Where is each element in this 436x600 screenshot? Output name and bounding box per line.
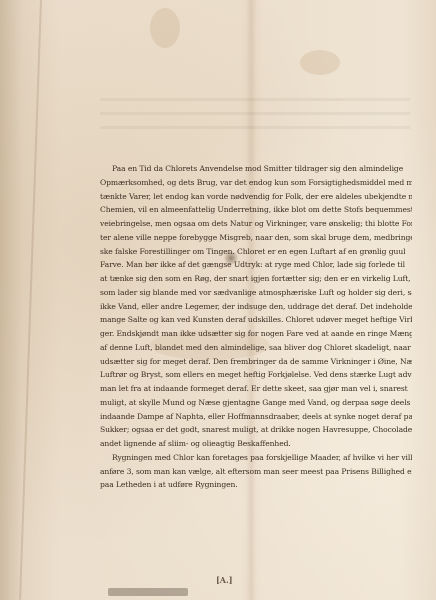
text-line: Rygningen med Chlor kan foretages paa fo… — [100, 451, 412, 465]
text-line: man let fra at indaande formeget deraf. … — [100, 382, 412, 396]
text-line: muligt, at skylle Mund og Næse gjentagne… — [100, 396, 412, 410]
show-through-text — [100, 98, 410, 101]
text-line: ter alene ville neppe forebygge Misgreb,… — [100, 231, 412, 245]
show-through-text — [100, 126, 410, 129]
text-line: Paa en Tid da Chlorets Anvendelse mod Sm… — [100, 162, 412, 176]
text-line: mange Salte og kan ved Kunsten deraf uds… — [100, 313, 412, 327]
show-through-text — [100, 112, 410, 115]
text-line: Chemien, vil en almeenfattelig Underretn… — [100, 203, 412, 217]
page-edge — [19, 0, 42, 600]
body-text: Paa en Tid da Chlorets Anvendelse mod Sm… — [100, 162, 412, 492]
text-line: Sukker; ogsaa er det godt, snarest mulig… — [100, 423, 412, 437]
text-line: af denne Luft, blandet med den almindeli… — [100, 341, 412, 355]
paper-stain — [300, 50, 340, 75]
text-line: ikke Vand, eller andre Legemer, der inds… — [100, 300, 412, 314]
text-line: at tænke sig den som en Røg, der snart i… — [100, 272, 412, 286]
text-line: som lader sig blande med vor sædvanlige … — [100, 286, 412, 300]
scanned-page: Paa en Tid da Chlorets Anvendelse mod Sm… — [0, 0, 436, 600]
text-line: ske falske Forestillinger om Tingen. Chl… — [100, 245, 412, 259]
text-line: paa Letheden i at udføre Rygningen. — [100, 478, 412, 492]
text-line: ger. Endskjøndt man ikke udsætter sig fo… — [100, 327, 412, 341]
text-line: andet lignende af sliim- og olieagtig Be… — [100, 437, 412, 451]
paper-stain — [150, 8, 180, 48]
text-line: veiebringelse, men ogsaa om dets Natur o… — [100, 217, 412, 231]
signature-mark: [A.] — [216, 575, 233, 585]
text-line: Farve. Man bør ikke af det gængse Udtryk… — [100, 258, 412, 272]
text-line: anføre 3, som man kan vælge, alt efterso… — [100, 465, 412, 479]
text-line: tænkte Varer, let endog kan vorde nødven… — [100, 190, 412, 204]
text-line: Luftrør og Bryst, som ellers en meget he… — [100, 368, 412, 382]
text-line: udsætter sig for meget deraf. Den frembr… — [100, 355, 412, 369]
text-line: Opmærksomhed, og dets Brug, var det endo… — [100, 176, 412, 190]
show-through-text — [108, 588, 188, 596]
text-line: indaande Dampe af Naphta, eller Hoffmann… — [100, 410, 412, 424]
